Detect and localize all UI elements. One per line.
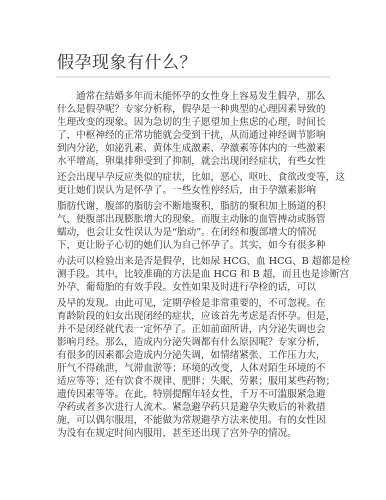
text-line: 育龄阶段的妇女出现闭经的症状，应该首先考虑是否怀孕。但是， (57, 310, 357, 323)
text-line: 办法可以检验出来是否是假孕，比如尿 HCG、血 HCG、B 超都是检 (57, 255, 357, 268)
text-line: 为没有在规定时间内服用，甚至还出现了宫外孕的情况。 (57, 427, 357, 440)
text-line: 影响月经。那么，造成内分泌失调都有什么原因呢？专家分析， (57, 336, 357, 349)
text-line: 遗传因素等等。在此，特别提醒年轻女性，千万不可滥服紧急避 (57, 388, 357, 401)
text-line: 适应等等；还有饮食不规律、肥胖；失眠、劳累；服用某些药物； (57, 375, 357, 388)
text-line: 并不是闭经就代表一定怀孕了。正如前面所讲，内分泌失调也会 (57, 323, 357, 336)
text-line: 蠕动，也会让女性误认为是“胎动”。在闭经和腹部增大的情况 (57, 226, 357, 239)
document-page: 假孕现象有什么？ 通常在结婚多年而未能怀孕的女性身上容易发生假孕，那么 什么是假… (0, 0, 386, 500)
article-body: 通常在结婚多年而未能怀孕的女性身上容易发生假孕，那么 什么是假孕呢？专家分析称，… (57, 90, 357, 443)
text-line: 什么是假孕呢？专家分析称，假孕是一种典型的心理因素导致的 (57, 103, 357, 116)
text-line: 肝气不得疏泄，气滞血淤等；环境的改变，人体对陌生环境的不 (57, 362, 357, 375)
text-line: 施，可以偶尔服用，不能做为常规避孕方法来使用。有的女性因 (57, 414, 357, 427)
text-block-5: 及早的发现。由此可见，定期孕检是非常重要的，不可忽视。在 育龄阶段的妇女出现闭经… (57, 297, 357, 440)
text-block-1: 通常在结婚多年而未能怀孕的女性身上容易发生假孕，那么 什么是假孕呢？专家分析称，… (57, 90, 357, 168)
text-line: 更让她们误认为是怀孕了。一些女性停经后，由于孕激素影响 (57, 184, 357, 197)
text-line: 测手段。其中，比较准确的方法是血 HCG 和 B 超，而且也是诊断宫 (57, 268, 357, 281)
text-line: 孕药或者多次进行人流术。紧急避孕药只是避孕失败后的补救措 (57, 401, 357, 414)
text-line: 还会出现早孕反应类似的症状，比如，恶心、呕吐、食欲改变等，这 (57, 171, 357, 184)
text-line: 了，中枢神经的正常功能就会受到干扰，从而通过神经调节影响 (57, 129, 357, 142)
text-line: 有很多的因素都会造成内分泌失调，如情绪紧张、工作压力大， (57, 349, 357, 362)
text-block-4: 办法可以检验出来是否是假孕，比如尿 HCG、血 HCG、B 超都是检 测手段。其… (57, 255, 357, 294)
text-block-2: 还会出现早孕反应类似的症状，比如，恶心、呕吐、食欲改变等，这 更让她们误认为是怀… (57, 171, 357, 197)
page-title: 假孕现象有什么？ (57, 53, 197, 73)
title-divider (56, 76, 330, 78)
text-line: 水平增高，卵巢排卵受到了抑制，就会出现闭经症状，有些女性 (57, 155, 357, 168)
text-line: 脂肪代谢，腹部的脂肪会不断地聚积，脂肪的聚积加上肠道的积 (57, 200, 357, 213)
text-line: 下，更让盼子心切的她们认为自己怀孕了。其实，如今有很多种 (57, 239, 357, 252)
text-line: 通常在结婚多年而未能怀孕的女性身上容易发生假孕，那么 (57, 90, 357, 103)
text-line: 气，使腹部出现膨胀增大的现象。而腹主动脉的血管搏动或肠管 (57, 213, 357, 226)
text-line: 生理改变的现象。因为急切的生子愿望加上焦虑的心理，时间长 (57, 116, 357, 129)
text-block-3: 脂肪代谢，腹部的脂肪会不断地聚积，脂肪的聚积加上肠道的积 气，使腹部出现膨胀增大… (57, 200, 357, 252)
text-line: 外孕、葡萄胎的有效手段。女性如果及时进行孕检的话，可以 (57, 281, 357, 294)
text-line: 及早的发现。由此可见，定期孕检是非常重要的，不可忽视。在 (57, 297, 357, 310)
text-line: 到内分泌，如泌乳素、黄体生成激素、孕激素等体内的一些激素 (57, 142, 357, 155)
